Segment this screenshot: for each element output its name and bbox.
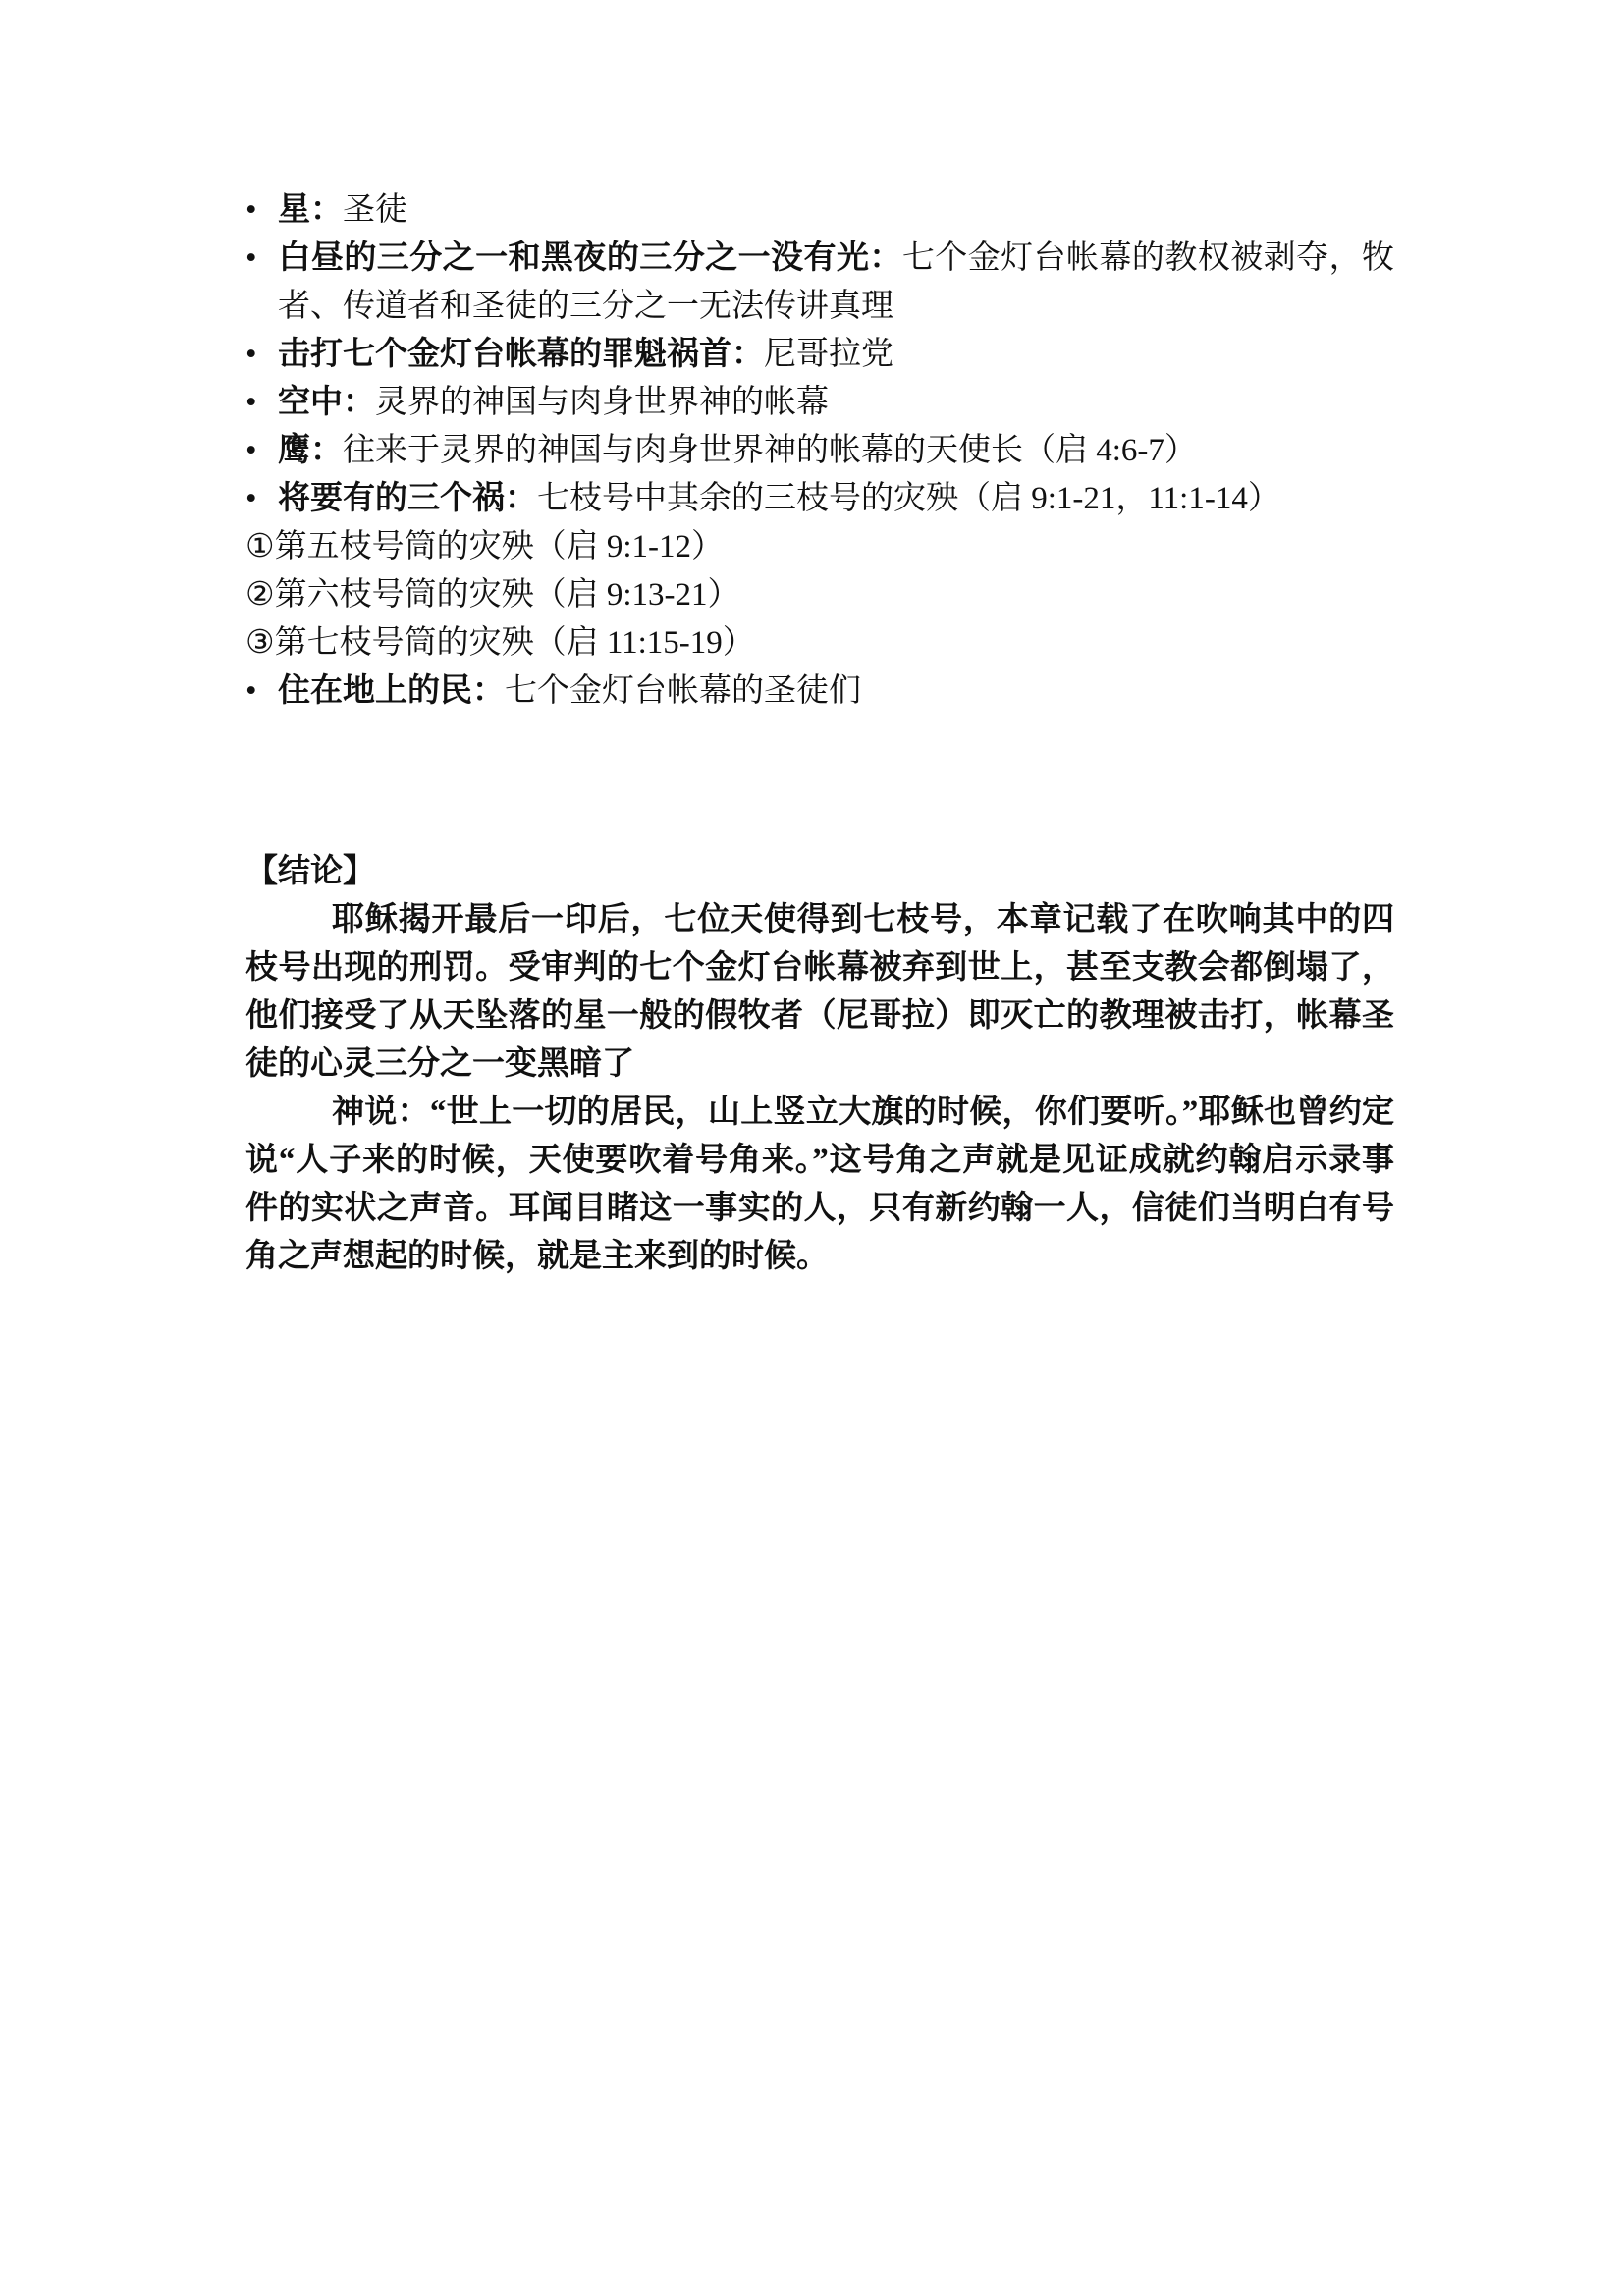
document-page: •星：圣徒•白昼的三分之一和黑夜的三分之一没有光：七个金灯台帐幕的教权被剥夺，牧… <box>0 0 1624 2296</box>
list-item: •空中：灵界的神国与肉身世界神的帐幕 <box>245 379 1394 427</box>
item-text: 第五枝号筒的灾殃（启 9:1-12） <box>275 529 724 564</box>
item-number: ③ <box>245 625 275 661</box>
conclusion-paragraph: 神说：“世上一切的居民，山上竖立大旗的时候，你们要听。”耶稣也曾约定说“人子来的… <box>245 1089 1394 1281</box>
bullet-list: •星：圣徒•白昼的三分之一和黑夜的三分之一没有光：七个金灯台帐幕的教权被剥夺，牧… <box>245 187 1394 716</box>
list-item: •星：圣徒 <box>245 187 1394 235</box>
bullet-icon: • <box>245 427 278 475</box>
item-text: 第六枝号筒的灾殃（启 9:13-21） <box>275 577 740 613</box>
item-text: 尼哥拉党 <box>764 337 893 372</box>
item-text: 第七枝号筒的灾殃（启 11:15-19） <box>275 625 755 661</box>
item-number: ① <box>245 529 275 564</box>
item-label: 住在地上的民： <box>278 673 505 709</box>
list-item: •鹰：往来于灵界的神国与肉身世界神的帐幕的天使长（启 4:6-7） <box>245 427 1394 475</box>
item-label: 击打七个金灯台帐幕的罪魁祸首： <box>278 337 764 372</box>
list-item: •击打七个金灯台帐幕的罪魁祸首：尼哥拉党 <box>245 331 1394 379</box>
bullet-icon: • <box>245 475 278 523</box>
numbered-item: ②第六枝号筒的灾殃（启 9:13-21） <box>245 571 1394 619</box>
conclusion-heading: 【结论】 <box>245 848 1394 896</box>
item-number: ② <box>245 577 275 613</box>
item-text: 灵界的神国与肉身世界神的帐幕 <box>375 385 829 420</box>
list-item: •将要有的三个祸：七枝号中其余的三枝号的灾殃（启 9:1-21，11:1-14） <box>245 475 1394 523</box>
item-label: 鹰： <box>278 433 343 468</box>
document-content: •星：圣徒•白昼的三分之一和黑夜的三分之一没有光：七个金灯台帐幕的教权被剥夺，牧… <box>245 187 1394 1281</box>
numbered-item: ③第七枝号筒的灾殃（启 11:15-19） <box>245 619 1394 667</box>
bullet-icon: • <box>245 235 278 283</box>
bullet-icon: • <box>245 379 278 427</box>
item-label: 白昼的三分之一和黑夜的三分之一没有光： <box>278 240 902 276</box>
list-item: •白昼的三分之一和黑夜的三分之一没有光：七个金灯台帐幕的教权被剥夺，牧者、传道者… <box>245 235 1394 331</box>
list-item: •住在地上的民：七个金灯台帐幕的圣徒们 <box>245 667 1394 716</box>
bullet-icon: • <box>245 187 278 235</box>
bullet-icon: • <box>245 667 278 716</box>
item-text: 往来于灵界的神国与肉身世界神的帐幕的天使长（启 4:6-7） <box>343 433 1197 468</box>
item-text: 七个金灯台帐幕的圣徒们 <box>505 673 861 709</box>
bullet-icon: • <box>245 331 278 379</box>
item-text: 圣徒 <box>343 192 407 228</box>
conclusion-section: 【结论】 耶稣揭开最后一印后，七位天使得到七枝号，本章记载了在吹响其中的四枝号出… <box>245 848 1394 1281</box>
item-label: 将要有的三个祸： <box>278 481 537 516</box>
conclusion-paragraph: 耶稣揭开最后一印后，七位天使得到七枝号，本章记载了在吹响其中的四枝号出现的刑罚。… <box>245 896 1394 1089</box>
numbered-item: ①第五枝号筒的灾殃（启 9:1-12） <box>245 523 1394 571</box>
item-label: 空中： <box>278 385 375 420</box>
item-label: 星： <box>278 192 343 228</box>
item-text: 七枝号中其余的三枝号的灾殃（启 9:1-21，11:1-14） <box>537 481 1280 516</box>
